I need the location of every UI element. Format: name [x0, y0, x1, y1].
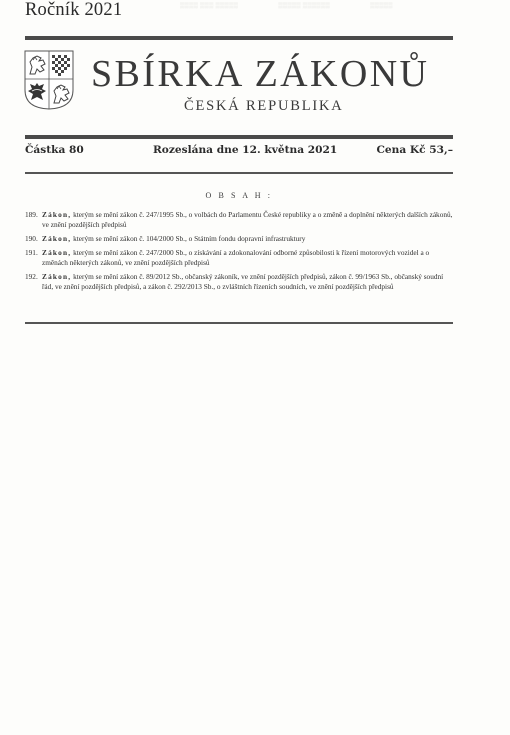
toc-item-body: kterým se mění zákon č. 89/2012 Sb., obč… — [42, 272, 443, 291]
release-date: Rozeslána dne 12. května 2021 — [153, 144, 337, 156]
bleed-through-text: ▒▒▒▒ ▒▒▒ ▒▒▒▒▒▒▒▒▒▒ ▒▒▒▒▒▒▒▒▒▒▒ — [180, 3, 433, 9]
toc-item-lead: Zákon, — [42, 234, 71, 243]
toc-item: 192. Zákon, kterým se mění zákon č. 89/2… — [25, 272, 455, 292]
toc-item: 191. Zákon, kterým se mění zákon č. 247/… — [25, 248, 455, 268]
contents-heading: O B S A H : — [0, 191, 478, 200]
volume-year: Ročník 2021 — [25, 0, 122, 21]
issue-number: Částka 80 — [25, 144, 84, 156]
toc-item-lead: Zákon, — [42, 272, 71, 281]
toc-item-text: Zákon, kterým se mění zákon č. 247/1995 … — [42, 210, 455, 230]
publication-subtitle: ČESKÁ REPUBLIKA — [184, 98, 344, 115]
toc-item-number: 189. — [25, 210, 42, 230]
toc-item-text: Zákon, kterým se mění zákon č. 247/2000 … — [42, 248, 455, 268]
toc-item: 190. Zákon, kterým se mění zákon č. 104/… — [25, 234, 455, 244]
toc-item-number: 192. — [25, 272, 42, 292]
czech-coat-of-arms-icon — [24, 50, 74, 110]
toc-item-lead: Zákon, — [42, 210, 71, 219]
price: Cena Kč 53,– — [377, 144, 454, 156]
top-divider — [25, 36, 453, 40]
toc-item-body: kterým se mění zákon č. 104/2000 Sb., o … — [71, 234, 305, 243]
contents-bottom-divider — [25, 322, 453, 324]
meta-divider — [25, 172, 453, 174]
table-of-contents: 189. Zákon, kterým se mění zákon č. 247/… — [25, 210, 455, 296]
toc-item-number: 190. — [25, 234, 42, 244]
toc-item-text: Zákon, kterým se mění zákon č. 89/2012 S… — [42, 272, 455, 292]
toc-item-body: kterým se mění zákon č. 247/1995 Sb., o … — [42, 210, 452, 229]
toc-item-number: 191. — [25, 248, 42, 268]
toc-item-lead: Zákon, — [42, 248, 71, 257]
toc-item-body: kterým se mění zákon č. 247/2000 Sb., o … — [42, 248, 429, 267]
toc-item-text: Zákon, kterým se mění zákon č. 104/2000 … — [42, 234, 455, 244]
publication-title: SBÍRKA ZÁKONŮ — [91, 52, 429, 96]
toc-item: 189. Zákon, kterým se mění zákon č. 247/… — [25, 210, 455, 230]
header-bottom-divider — [25, 135, 453, 139]
